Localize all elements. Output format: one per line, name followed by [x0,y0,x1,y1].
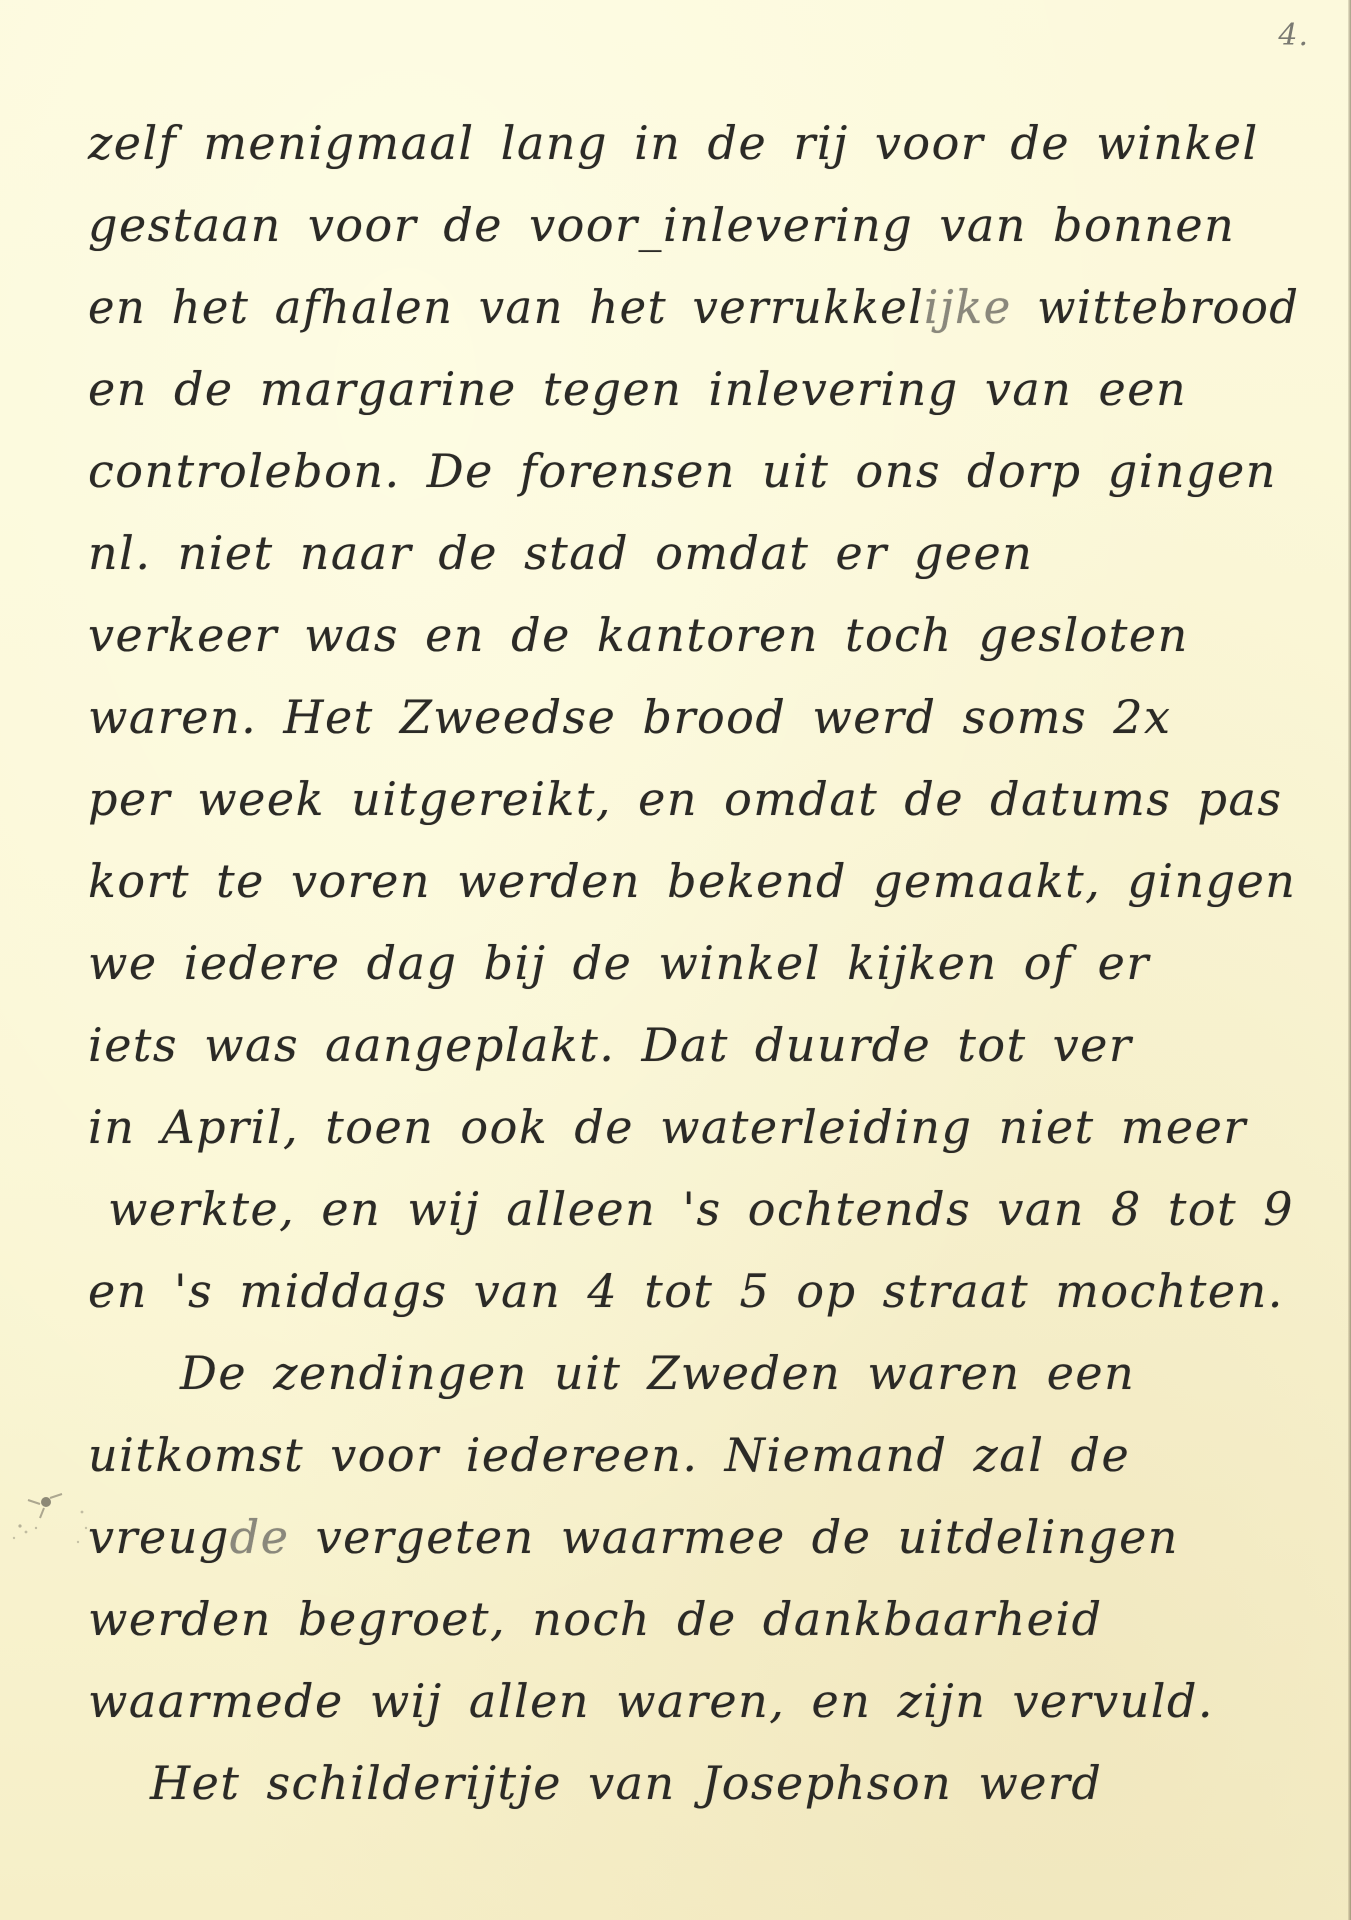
text-line-16-paragraph-start: De zendingen uit Zweden waren een [180,1350,1135,1396]
text-line-3-tail: wittebrood [1012,280,1300,334]
text-line-10: kort te voren werden bekend gemaakt, gin… [88,858,1296,904]
text-line-18: vreugde vergeten waarmee de uitdelingen [88,1514,1179,1560]
text-line-3-faded: ijke [924,280,1012,334]
text-line-6: nl. niet naar de stad omdat er geen [88,530,1033,576]
text-line-1: zelf menigmaal lang in de rij voor de wi… [88,120,1259,166]
text-line-11: we iedere dag bij de winkel kijken of er [88,940,1150,986]
text-line-18-main: vreug [88,1510,230,1564]
text-line-13: in April, toen ook de waterleiding niet … [88,1104,1247,1150]
text-line-18-tail: vergeten waarmee de uitdelingen [289,1510,1178,1564]
text-line-2: gestaan voor de voor_inlevering van bonn… [88,202,1235,248]
text-line-19: werden begroet, noch de dankbaarheid [88,1596,1103,1642]
text-line-8: waren. Het Zweedse brood werd soms 2x [88,694,1171,740]
text-line-9: per week uitgereikt, en omdat de datums … [88,776,1282,822]
text-line-3: en het afhalen van het verrukkelijke wit… [88,284,1299,330]
text-line-7: verkeer was en de kantoren toch gesloten [88,612,1189,658]
page-number: 4. [1278,18,1309,53]
text-line-12: iets was aangeplakt. Dat duurde tot ver [88,1022,1132,1068]
text-line-14: werkte, en wij alleen 's ochtends van 8 … [108,1186,1294,1232]
text-line-17: uitkomst voor iedereen. Niemand zal de [88,1432,1130,1478]
text-line-3-main: en het afhalen van het verrukkel [88,280,924,334]
text-line-18-faded: de [230,1510,290,1564]
text-line-20: waarmede wij allen waren, en zijn vervul… [88,1678,1214,1724]
text-line-4: en de margarine tegen inlevering van een [88,366,1187,412]
letter-page: 4. zelf menigmaal lang in de rij voor de… [0,0,1351,1920]
text-line-21-paragraph-start: Het schilderijtje van Josephson werd [150,1760,1102,1806]
text-line-5: controlebon. De forensen uit ons dorp gi… [88,448,1277,494]
text-line-15: en 's middags van 4 tot 5 op straat moch… [88,1268,1284,1314]
ink-smudge-mark [10,1478,100,1558]
